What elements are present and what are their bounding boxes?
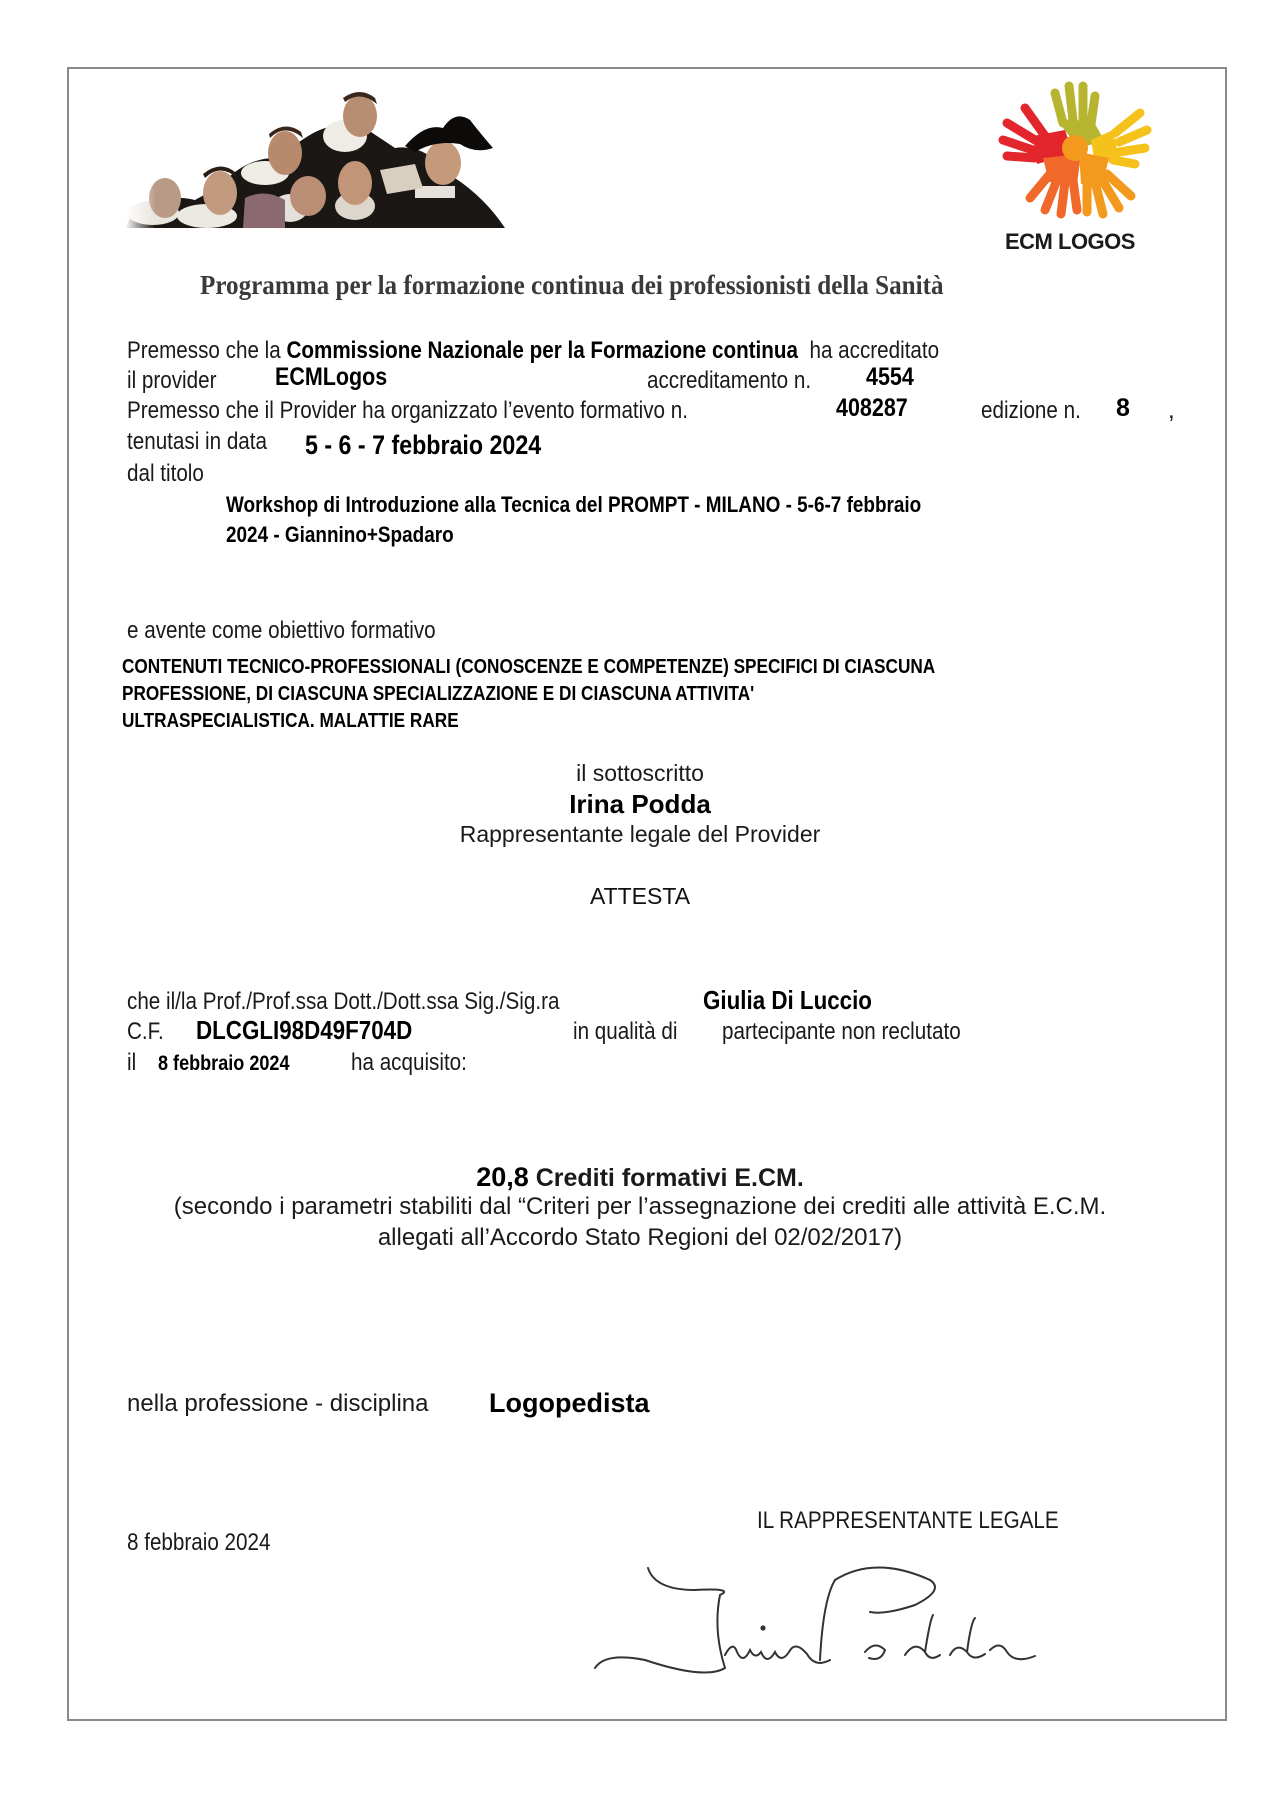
cf-label: C.F. [127,1018,170,1046]
trailing-comma: , [1168,397,1175,425]
physicians-painting-image [125,88,510,228]
preamble-line-1: Premesso che la Commissione Nazionale pe… [127,337,1071,365]
profession-label: nella professione - disciplina [127,1390,429,1418]
credits-label: Crediti formativi E.CM. [536,1164,804,1192]
commission-name: Commissione Nazionale per la Formazione … [286,337,798,364]
provider-label: il provider [127,367,231,395]
edition-number: 8 [1116,394,1130,423]
signatory-name: Irina Podda [0,789,1280,820]
signatory-role: Rappresentante legale del Provider [0,821,1280,848]
signature-image [585,1560,1225,1680]
objective-line-3: ULTRASPECIALISTICA. MALATTIE RARE [122,710,513,733]
preamble-prefix: Premesso che la [127,337,286,364]
acquired-label: ha acquisito: [351,1049,486,1077]
accreditation-label: accreditamento n. [647,367,838,395]
event-label: Premesso che il Provider ha organizzato … [127,397,779,425]
legal-rep-label: IL RAPPRESENTANTE LEGALE [757,1507,1108,1535]
credits-line: 20,8 Crediti formativi E.CM. [0,1162,1280,1193]
participant-name: Giulia Di Luccio [703,985,899,1016]
credits-value: 20,8 [476,1162,529,1192]
attesta-heading: ATTESTA [0,883,1280,910]
objective-label: e avente come obiettivo formativo [127,617,486,645]
credits-note-line-2: allegati all’Accordo Stato Regioni del 0… [0,1224,1280,1252]
title-label: dal titolo [127,460,216,488]
event-title-line-1: Workshop di Introduzione alla Tecnica de… [226,492,1034,518]
accredited-text: ha accreditato [809,337,939,364]
edition-label: edizione n. [981,397,1097,425]
objective-line-1: CONTENUTI TECNICO-PROFESSIONALI (CONOSCE… [122,656,1068,679]
credits-note-line-1: (secondo i parametri stabiliti dal “Crit… [0,1193,1280,1221]
date-label: tenutasi in data [127,428,290,456]
objective-line-2: PROFESSIONE, DI CIASCUNA SPECIALIZZAZION… [122,683,857,706]
ecm-logos-wordmark: ECM LOGOS [1005,229,1135,255]
ecm-logos-hands-icon [995,78,1155,223]
provider-name: ECMLogos [275,363,406,392]
footer-date: 8 febbraio 2024 [127,1529,294,1557]
event-dates: 5 - 6 - 7 febbraio 2024 [305,430,580,461]
participant-title-label: che il/la Prof./Prof.ssa Dott./Dott.ssa … [127,988,630,1016]
profession-value: Logopedista [489,1388,650,1419]
acquisition-date: 8 febbraio 2024 [158,1052,311,1076]
signatory-label: il sottoscritto [0,760,1280,787]
accreditation-number: 4554 [866,363,922,392]
date-prefix: il [127,1049,138,1077]
tax-code: DLCGLI98D49F704D [196,1015,447,1046]
capacity-value: partecipante non reclutato [722,1018,1000,1046]
event-number: 408287 [836,394,919,423]
capacity-label: in qualità di [573,1018,694,1046]
program-title: Programma per la formazione continua dei… [200,270,944,301]
event-title-line-2: 2024 - Giannino+Spadaro [226,522,491,548]
